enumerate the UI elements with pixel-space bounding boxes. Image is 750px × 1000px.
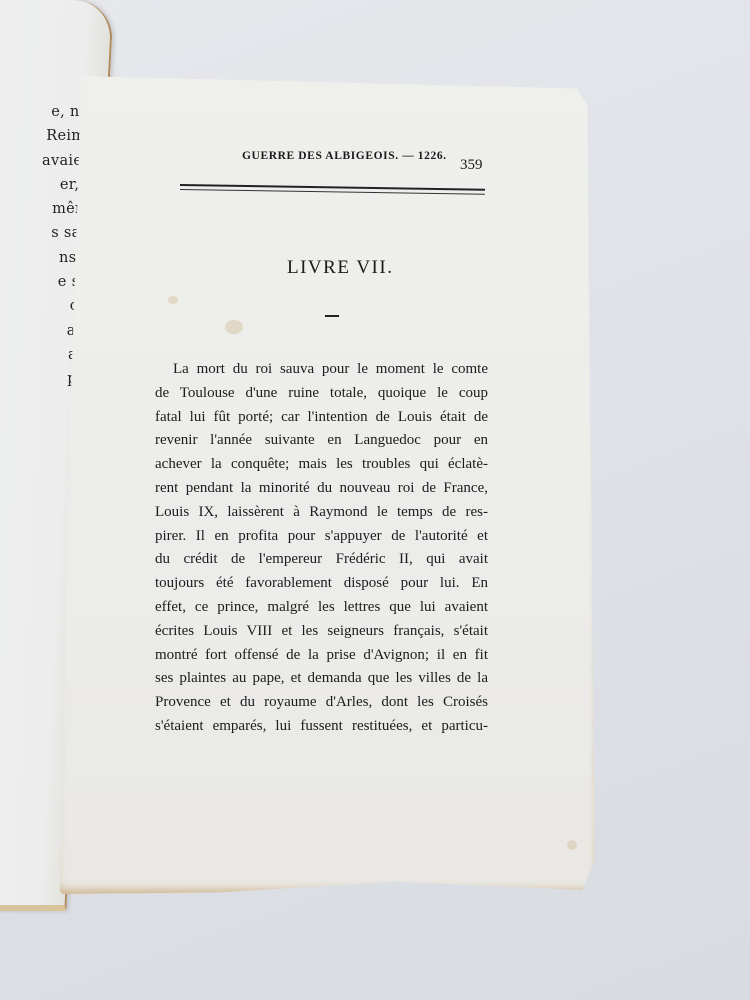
running-header: GUERRE DES ALBIGEOIS. — 1226. <box>242 150 482 162</box>
text-line: ses plaintes au pape, et demanda que les… <box>155 666 488 690</box>
text-line: achever la conquête; mais les troubles q… <box>155 452 488 476</box>
text-line: Provence et du royaume d'Arles, dont les… <box>155 690 488 714</box>
text-line: Louis IX, laissèrent à Raymond le temps … <box>155 500 488 524</box>
text-line: de Toulouse d'une ruine totale, quoique … <box>155 381 488 405</box>
text-line: s'étaient emparés, lui fussent restituée… <box>155 714 488 738</box>
text-line: fatal lui fût porté; car l'intention de … <box>155 405 488 429</box>
text-line: toujours été favorablement disposé pour … <box>155 571 488 595</box>
foxing-stain <box>567 840 577 850</box>
chapter-title: LIVRE VII. <box>287 257 393 279</box>
foxing-stain <box>225 320 243 334</box>
page-number: 359 <box>460 157 483 174</box>
text-line: montré fort offensé de la prise d'Avigno… <box>155 643 488 667</box>
body-paragraph: La mort du roi sauva pour le moment le c… <box>155 357 488 738</box>
foxing-stain <box>168 296 178 304</box>
chapter-separator <box>325 315 339 317</box>
text-line: écrites Louis VIII et les seigneurs fran… <box>155 619 488 643</box>
text-line: effet, ce prince, malgré les lettres que… <box>155 595 488 619</box>
text-line: du crédit de l'empereur Frédéric II, qui… <box>155 547 488 571</box>
text-line: La mort du roi sauva pour le moment le c… <box>155 357 488 381</box>
text-line: rent pendant la minorité du nouveau roi … <box>155 476 488 500</box>
text-line: revenir l'année suivante en Languedoc po… <box>155 428 488 452</box>
text-line: pirer. Il en profita pour s'appuyer de l… <box>155 524 488 548</box>
